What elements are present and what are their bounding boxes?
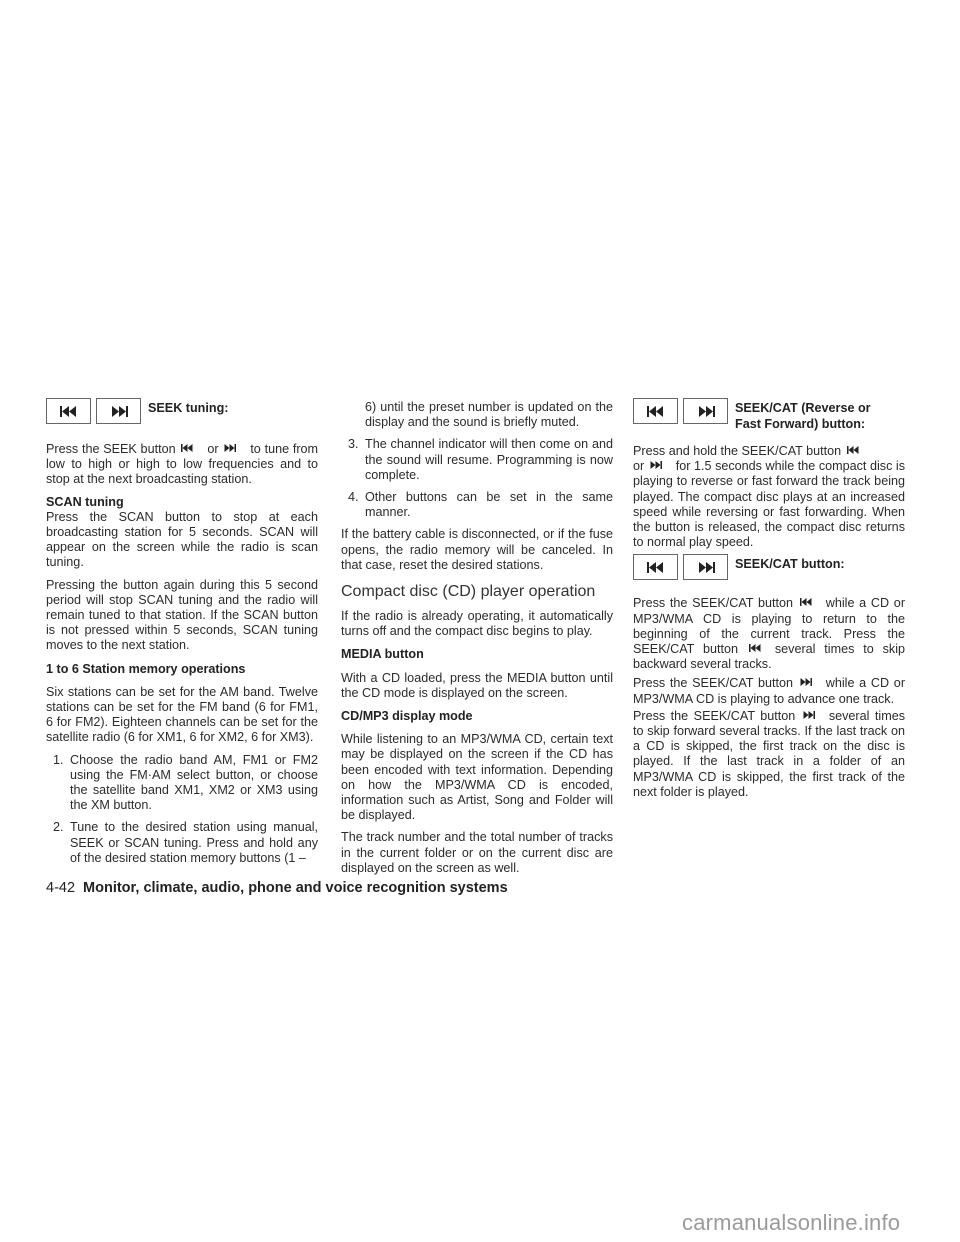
text: or xyxy=(633,459,644,473)
memory-heading: 1 to 6 Station memory operations xyxy=(46,662,318,677)
page-number: 4-42 xyxy=(46,880,75,896)
skip-back-icon xyxy=(800,598,812,606)
list-item: 6) until the preset number is updated on… xyxy=(341,400,613,430)
list-item: 2.Tune to the desired station using manu… xyxy=(46,820,318,866)
cat-paragraph-2: Press the SEEK/CAT button while a CD or … xyxy=(633,676,905,706)
skip-forward-icon xyxy=(96,398,141,424)
step-number: 4. xyxy=(348,490,359,505)
memory-steps-list-continued: 6) until the preset number is updated on… xyxy=(341,400,613,520)
label-line-2: Fast Forward) button: xyxy=(735,417,871,433)
chapter-title: Monitor, climate, audio, phone and voice… xyxy=(83,880,508,896)
skip-forward-icon xyxy=(803,711,815,719)
text: Press the SEEK/CAT button xyxy=(633,709,795,723)
step-text: The channel indicator will then come on … xyxy=(365,437,613,481)
seek-tuning-label: SEEK tuning: xyxy=(148,398,228,417)
media-button-heading: MEDIA button xyxy=(341,647,613,662)
left-column: SEEK tuning: Press the SEEK button or to… xyxy=(46,398,318,866)
skip-back-icon xyxy=(749,644,761,652)
memory-steps-list: 1.Choose the radio band AM, FM1 or FM2 u… xyxy=(46,753,318,866)
text: Press the SEEK/CAT button xyxy=(633,596,793,610)
skip-back-icon xyxy=(633,398,678,424)
step-number: 2. xyxy=(53,820,64,835)
media-paragraph: With a CD loaded, press the MEDIA button… xyxy=(341,671,613,701)
watermark: carmanualsonline.info xyxy=(682,1210,900,1236)
seek-paragraph: Press the SEEK button or to tune from lo… xyxy=(46,442,318,488)
ff-paragraph: Press and hold the SEEK/CAT button or fo… xyxy=(633,444,905,550)
page-footer: 4-42Monitor, climate, audio, phone and v… xyxy=(46,880,508,896)
step-number: 1. xyxy=(53,753,64,768)
skip-back-icon xyxy=(633,554,678,580)
text: Press the SEEK/CAT button xyxy=(633,676,793,690)
skip-back-icon xyxy=(46,398,91,424)
skip-forward-icon xyxy=(650,461,662,469)
text: or xyxy=(207,442,218,456)
step-text: 6) until the preset number is updated on… xyxy=(365,400,613,429)
text: Press the SEEK button xyxy=(46,442,176,456)
skip-forward-icon xyxy=(800,678,812,686)
label-line-1: SEEK/CAT (Reverse or xyxy=(735,401,871,417)
memory-paragraph: Six stations can be set for the AM band.… xyxy=(46,685,318,746)
right-column: SEEK/CAT (Reverse or Fast Forward) butto… xyxy=(633,398,905,800)
middle-column: 6) until the preset number is updated on… xyxy=(341,398,613,876)
display-paragraph-2: The track number and the total number of… xyxy=(341,830,613,876)
step-text: Other buttons can be set in the same man… xyxy=(365,490,613,519)
cat-paragraph-3: Press the SEEK/CAT button several times … xyxy=(633,709,905,800)
list-item: 4.Other buttons can be set in the same m… xyxy=(341,490,613,520)
seek-cat-ff-heading: SEEK/CAT (Reverse or Fast Forward) butto… xyxy=(633,398,905,438)
list-item: 1.Choose the radio band AM, FM1 or FM2 u… xyxy=(46,753,318,814)
cd-section-title: Compact disc (CD) player operation xyxy=(341,582,613,602)
seek-cat-label: SEEK/CAT button: xyxy=(735,554,845,573)
step-text: Tune to the desired station using manual… xyxy=(70,820,318,864)
step-text: Choose the radio band AM, FM1 or FM2 usi… xyxy=(70,753,318,813)
seek-tuning-heading: SEEK tuning: xyxy=(46,398,318,428)
skip-forward-icon xyxy=(683,554,728,580)
text: for 1.5 seconds while the compact disc i… xyxy=(633,459,905,549)
cd-intro-paragraph: If the radio is already operating, it au… xyxy=(341,609,613,639)
skip-back-icon xyxy=(181,444,193,452)
step-number: 3. xyxy=(348,437,359,452)
display-paragraph-1: While listening to an MP3/WMA CD, certai… xyxy=(341,732,613,823)
text: Press and hold the SEEK/CAT button xyxy=(633,444,841,458)
skip-forward-icon xyxy=(224,444,236,452)
seek-cat-heading: SEEK/CAT button: xyxy=(633,554,905,584)
display-mode-heading: CD/MP3 display mode xyxy=(341,709,613,724)
battery-paragraph: If the battery cable is disconnected, or… xyxy=(341,527,613,573)
list-item: 3.The channel indicator will then come o… xyxy=(341,437,613,483)
cat-paragraph-1: Press the SEEK/CAT button while a CD or … xyxy=(633,596,905,672)
seek-cat-ff-label: SEEK/CAT (Reverse or Fast Forward) butto… xyxy=(735,398,871,432)
skip-back-icon xyxy=(847,446,859,454)
scan-tuning-heading: SCAN tuning xyxy=(46,495,318,510)
scan-paragraph-2: Pressing the button again during this 5 … xyxy=(46,578,318,654)
scan-paragraph-1: Press the SCAN button to stop at each br… xyxy=(46,510,318,571)
skip-forward-icon xyxy=(683,398,728,424)
